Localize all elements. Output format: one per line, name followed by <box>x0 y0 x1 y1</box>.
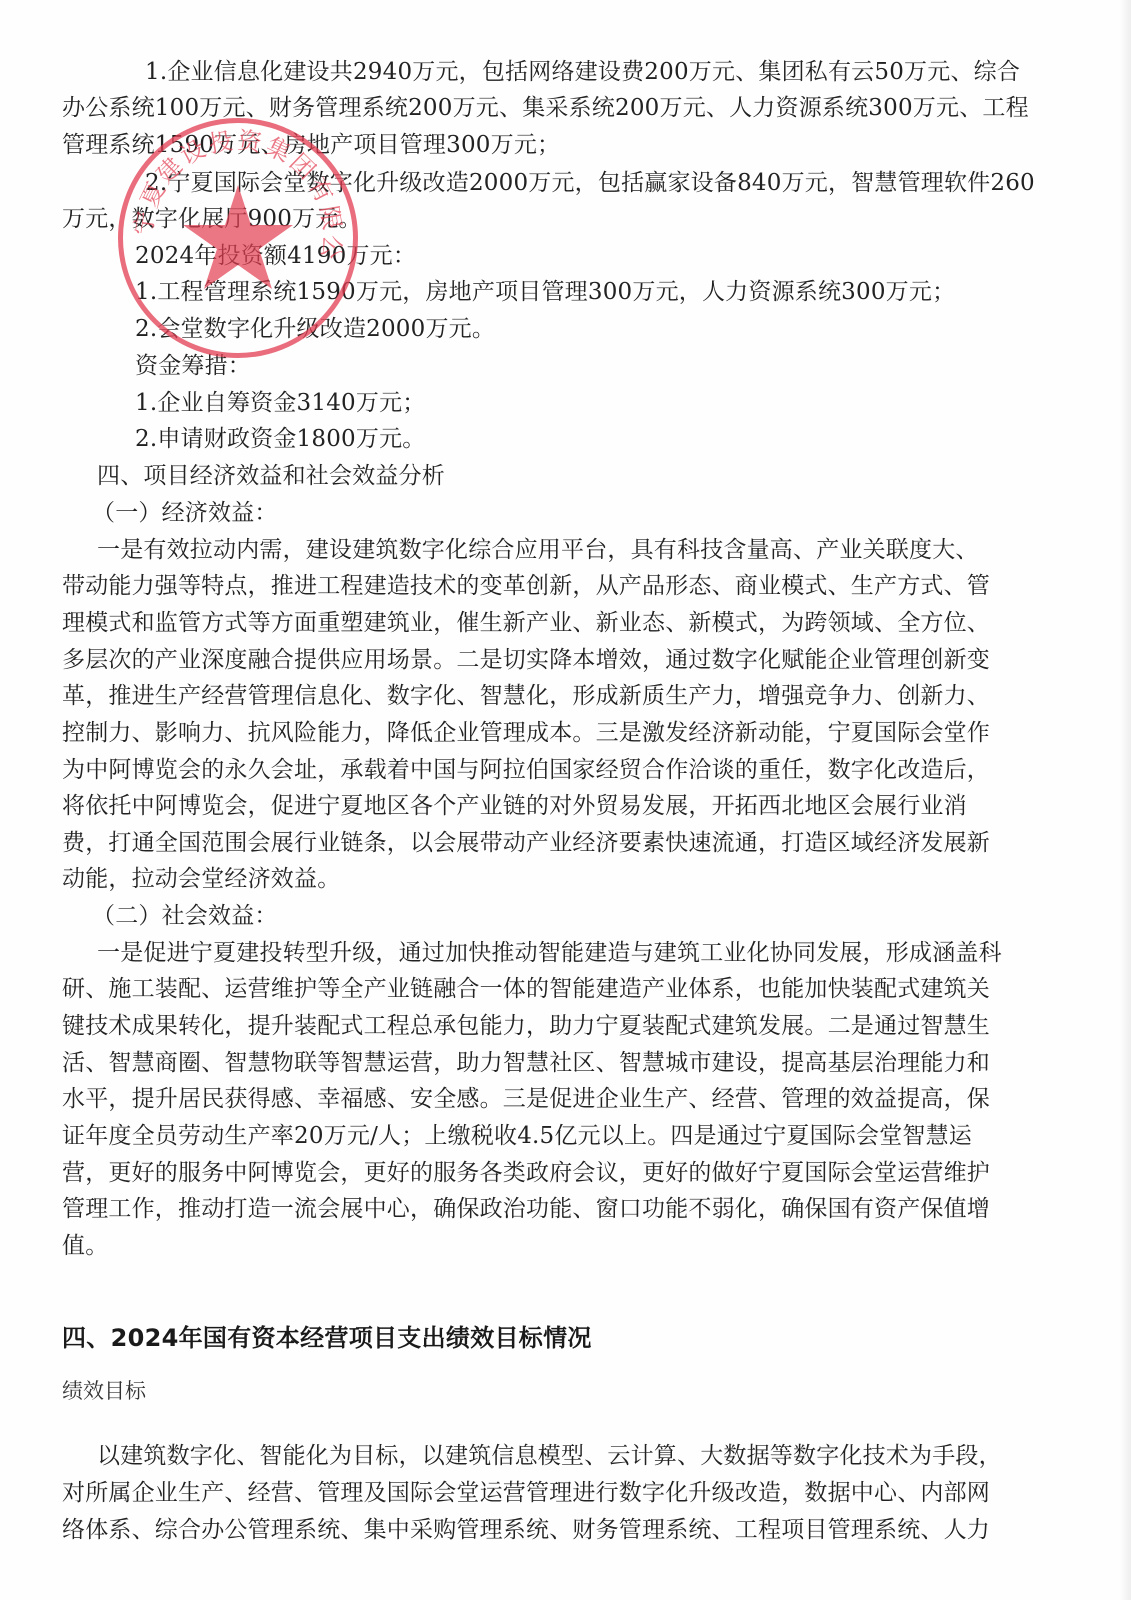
text-line: 络体系、综合办公管理系统、集中采购管理系统、财务管理系统、工程项目管理系统、人力 <box>62 1512 990 1548</box>
text-line: 控制力、影响力、抗风险能力，降低企业管理成本。三是激发经济新动能，宁夏国际会堂作 <box>62 715 990 751</box>
text-line: 革，推进生产经营管理信息化、数字化、智慧化，形成新质生产力，增强竞争力、创新力、 <box>62 678 990 714</box>
text-line: 营，更好的服务中阿博览会，更好的服务各类政府会议，更好的做好宁夏国际会堂运营维护 <box>62 1155 990 1191</box>
text-line: 办公系统100万元、财务管理系统200万元、集采系统200万元、人力资源系统30… <box>62 90 1029 126</box>
document-page: 1.企业信息化建设共2940万元，包括网络建设费200万元、集团私有云50万元、… <box>0 0 1131 1600</box>
section-heading: 四、2024年国有资本经营项目支出绩效目标情况 <box>62 1318 592 1353</box>
text-line: 带动能力强等特点，推进工程建造技术的变革创新，从产品形态、商业模式、生产方式、管 <box>62 568 990 604</box>
text-line: 一是促进宁夏建投转型升级，通过加快推动智能建造与建筑工业化协同发展，形成涵盖科 <box>97 935 1002 971</box>
text-line: 一是有效拉动内需，建设建筑数字化综合应用平台，具有科技含量高、产业关联度大、 <box>97 532 979 568</box>
text-line: 证年度全员劳动生产率20万元/人；上缴税收4.5亿元以上。四是通过宁夏国际会堂智… <box>62 1118 972 1154</box>
text-line: 2.会堂数字化升级改造2000万元。 <box>135 311 495 347</box>
text-line: 对所属企业生产、经营、管理及国际会堂运营管理进行数字化升级改造，数据中心、内部网 <box>62 1475 990 1511</box>
text-line: 四、项目经济效益和社会效益分析 <box>97 458 445 494</box>
text-line: 万元，数字化展厅900万元。 <box>62 201 362 237</box>
text-line: 理模式和监管方式等方面重塑建筑业，催生新产业、新业态、新模式，为跨领域、全方位、 <box>62 605 990 641</box>
subsection-title: 绩效目标 <box>62 1374 146 1408</box>
text-line: 水平，提升居民获得感、幸福感、安全感。三是促进企业生产、经营、管理的效益提高，保 <box>62 1081 990 1117</box>
text-line: 1.企业信息化建设共2940万元，包括网络建设费200万元、集团私有云50万元、… <box>145 54 1020 90</box>
text-line: 键技术成果转化，提升装配式工程总承包能力，助力宁夏装配式建筑发展。二是通过智慧生 <box>62 1008 990 1044</box>
text-line: 管理工作，推动打造一流会展中心，确保政治功能、窗口功能不弱化，确保国有资产保值增 <box>62 1191 990 1227</box>
text-line: 资金筹措： <box>135 348 251 384</box>
text-line: 以建筑数字化、智能化为目标，以建筑信息模型、云计算、大数据等数字化技术为手段， <box>97 1438 1002 1474</box>
text-line: 将依托中阿博览会，促进宁夏地区各个产业链的对外贸易发展，开拓西北地区会展行业消 <box>62 788 967 824</box>
text-line: 管理系统1590万元、房地产项目管理300万元； <box>62 127 560 163</box>
text-line: 1.工程管理系统1590万元，房地产项目管理300万元，人力资源系统300万元； <box>135 274 955 310</box>
text-line: 研、施工装配、运营维护等全产业链融合一体的智能建造产业体系，也能加快装配式建筑关 <box>62 971 990 1007</box>
text-line: 多层次的产业深度融合提供应用场景。二是切实降本增效，通过数字化赋能企业管理创新变 <box>62 642 990 678</box>
text-line: 为中阿博览会的永久会址，承载着中国与阿拉伯国家经贸合作洽谈的重任，数字化改造后， <box>62 752 990 788</box>
text-line: 2024年投资额4190万元： <box>135 238 416 274</box>
text-line: 2.申请财政资金1800万元。 <box>135 421 425 457</box>
text-line: 值。 <box>62 1228 108 1264</box>
page-edge-shadow <box>1119 0 1131 1600</box>
text-line: 费，打通全国范围会展行业链条，以会展带动产业经济要素快速流通，打造区域经济发展新 <box>62 825 990 861</box>
text-line: （二）社会效益： <box>92 898 278 934</box>
text-line: （一）经济效益： <box>92 495 278 531</box>
text-line: 活、智慧商圈、智慧物联等智慧运营，助力智慧社区、智慧城市建设，提高基层治理能力和 <box>62 1045 990 1081</box>
text-line: 1.企业自筹资金3140万元； <box>135 385 425 421</box>
text-line: 2.宁夏国际会堂数字化升级改造2000万元，包括赢家设备840万元，智慧管理软件… <box>145 165 1035 201</box>
text-line: 动能，拉动会堂经济效益。 <box>62 861 340 897</box>
